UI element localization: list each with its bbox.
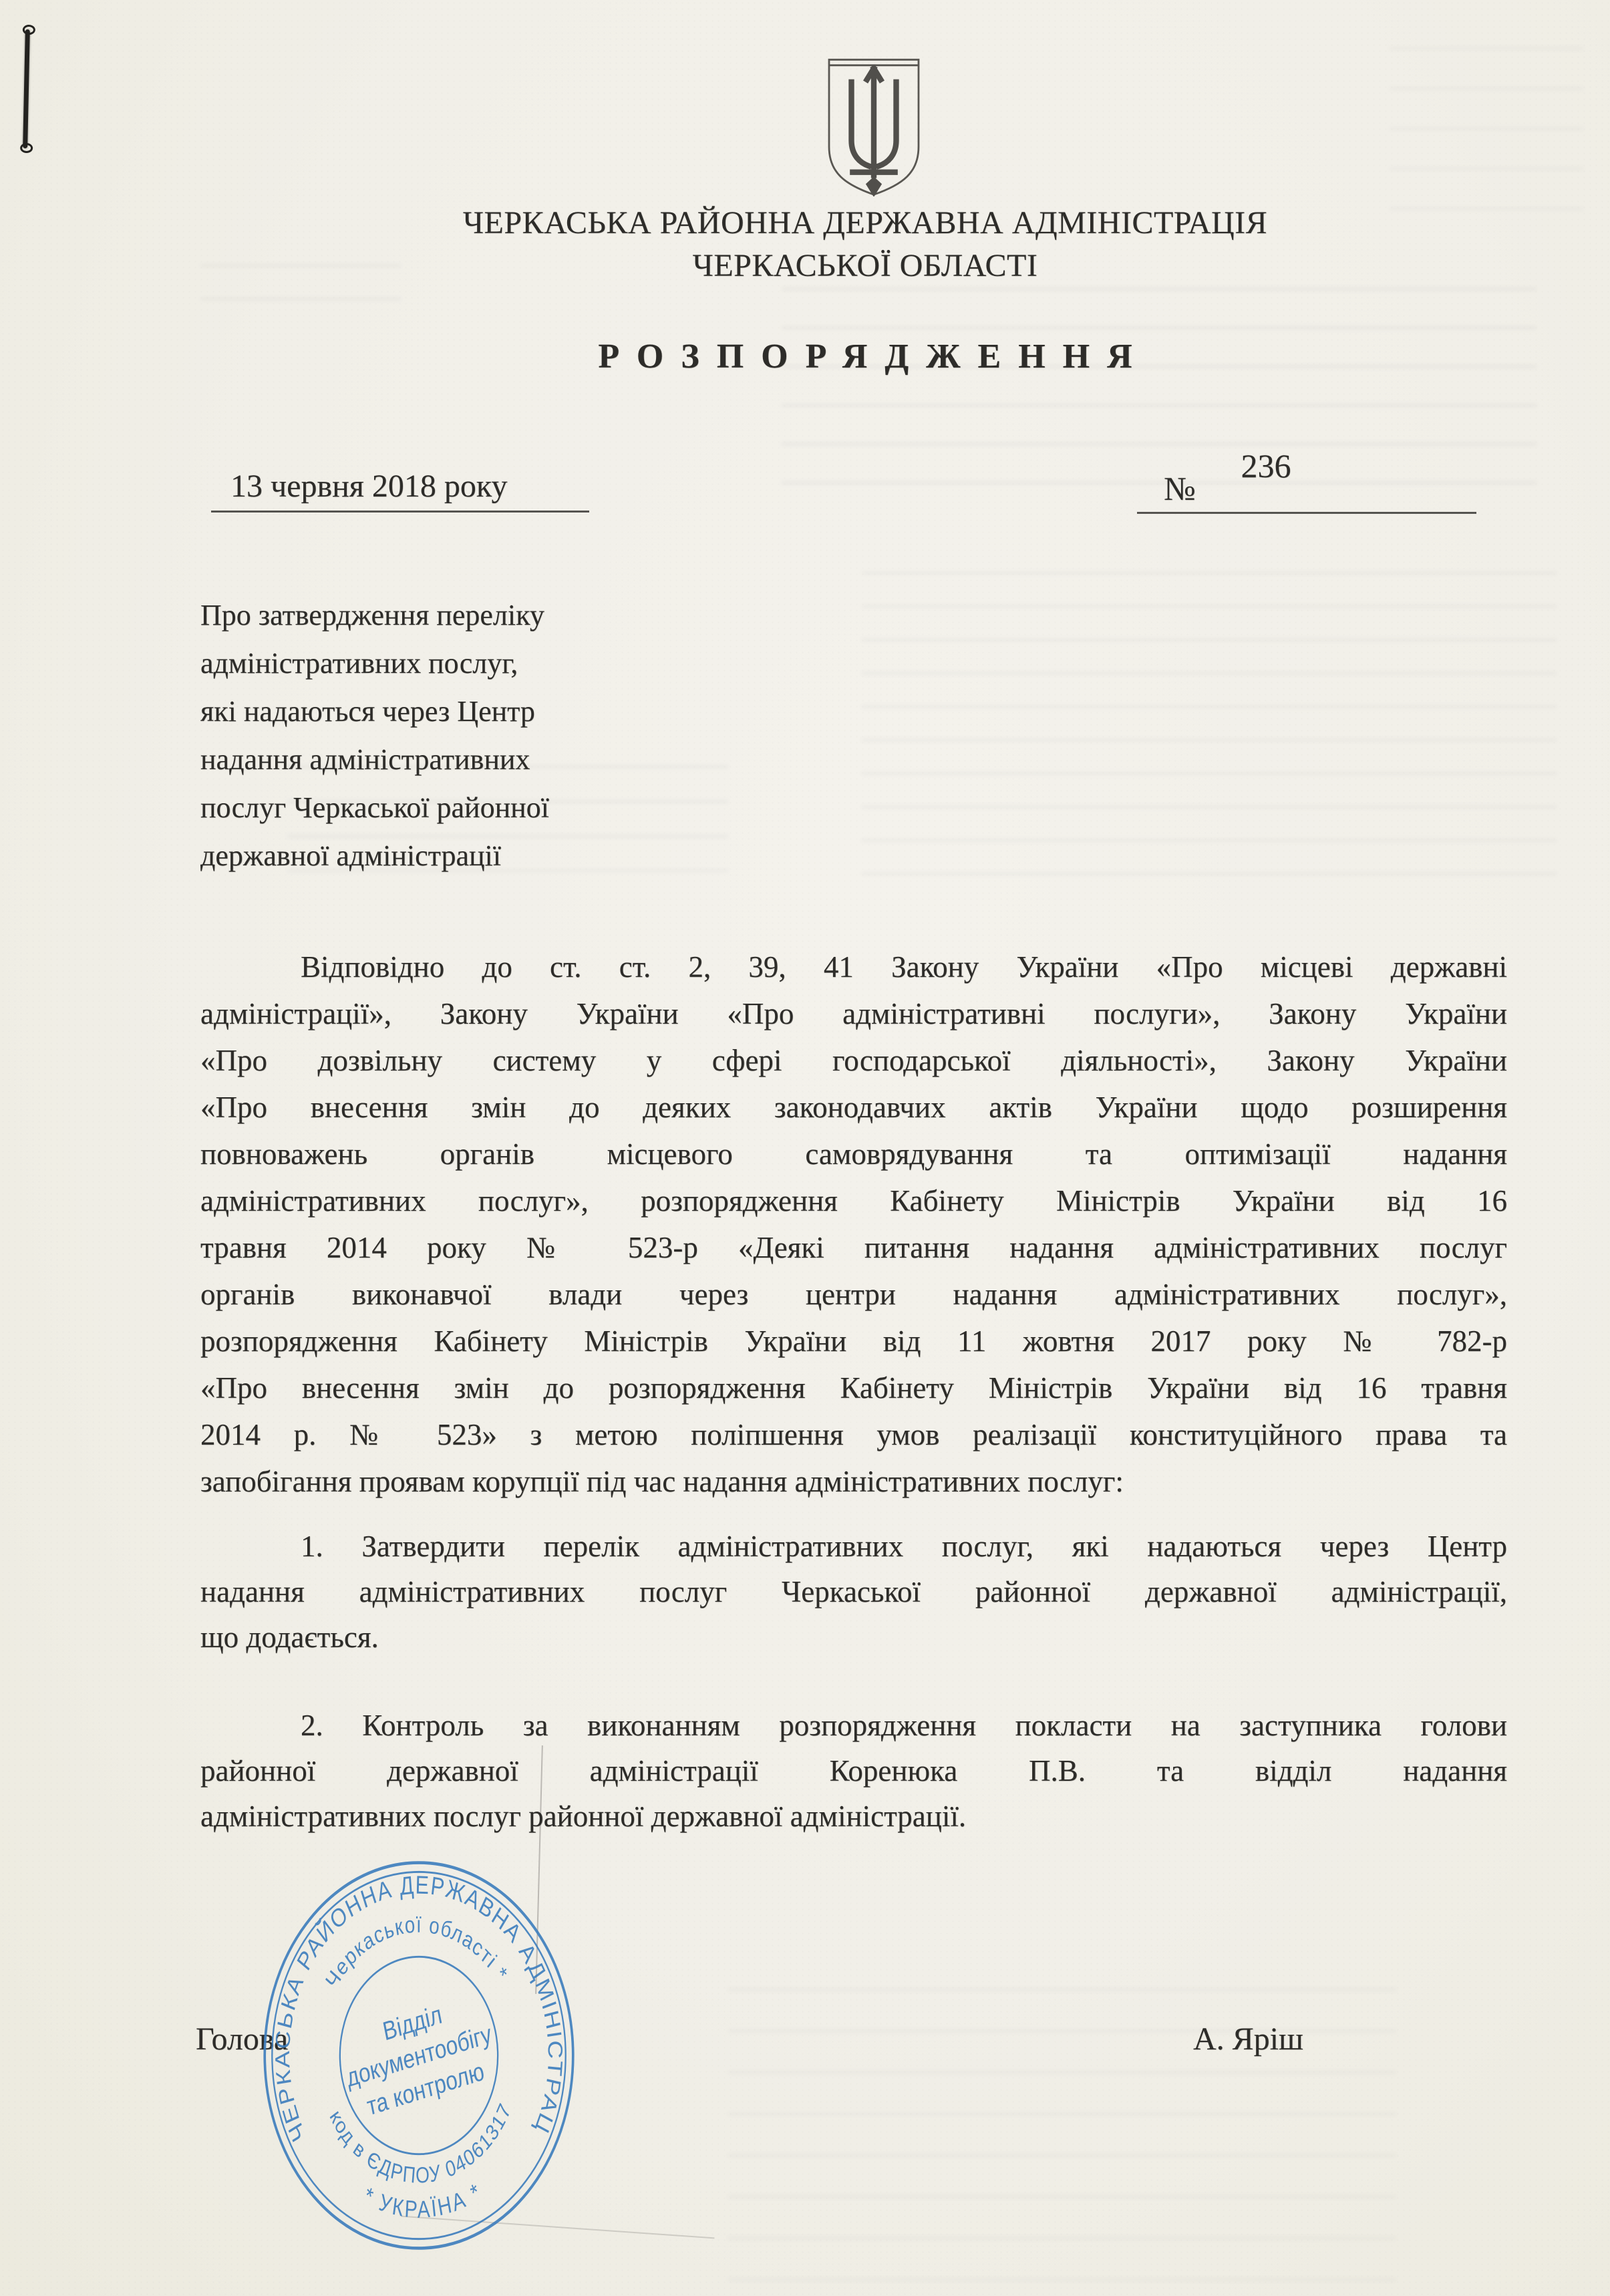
- bleedthrough-text: [782, 287, 1537, 508]
- preamble-paragraph: Відповідно до ст. ст. 2, 39, 41 Закону У…: [200, 944, 1507, 1505]
- org-name-line2: ЧЕРКАСЬКОЇ ОБЛАСТІ: [200, 247, 1530, 284]
- org-name-line1: ЧЕРКАСЬКА РАЙОННА ДЕРЖАВНА АДМІНІСТРАЦІЯ: [200, 204, 1530, 241]
- text-line: «Про внесення змін до розпорядження Кабі…: [200, 1365, 1507, 1411]
- text-line: органів виконавчої влади через центри на…: [200, 1271, 1507, 1318]
- text-line: «Про дозвільну систему у сфері господарс…: [200, 1037, 1507, 1084]
- subject-line: надання адміністративних: [200, 736, 708, 784]
- text-line: повноважень органів місцевого самоврядув…: [200, 1131, 1507, 1177]
- text-line: адміністративних послуг», розпорядження …: [200, 1177, 1507, 1224]
- official-round-stamp: ЧЕРКАСЬКА РАЙОННА ДЕРЖАВНА АДМІНІСТРАЦІЯ…: [253, 1848, 585, 2263]
- text-line: адміністративних послуг районної державн…: [200, 1793, 1507, 1839]
- text-line: адміністрації», Закону України «Про адмі…: [200, 990, 1507, 1037]
- number-underline: [1137, 512, 1476, 514]
- text-line: надання адміністративних послуг Черкаськ…: [200, 1569, 1507, 1614]
- order-item-2: 2. Контроль за виконанням розпорядження …: [200, 1703, 1507, 1839]
- text-line: 1. Затвердити перелік адміністративних п…: [200, 1524, 1507, 1569]
- subject-block: Про затвердження переліку адміністративн…: [200, 591, 708, 880]
- document-date: 13 червня 2018 року: [230, 468, 508, 505]
- order-item-1: 1. Затвердити перелік адміністративних п…: [200, 1524, 1507, 1660]
- ukraine-trident-emblem: [824, 53, 924, 196]
- number-label: №: [1164, 469, 1196, 508]
- text-line: 2014 р. № 523» з метою поліпшення умов р…: [200, 1411, 1507, 1458]
- text-line: що додається.: [200, 1614, 1507, 1660]
- number-value: 236: [1196, 446, 1336, 485]
- text-line: запобігання проявам корупції під час над…: [200, 1458, 1507, 1505]
- text-line: розпорядження Кабінету Міністрів України…: [200, 1318, 1507, 1365]
- scanned-document-page: ЧЕРКАСЬКА РАЙОННА ДЕРЖАВНА АДМІНІСТРАЦІЯ…: [0, 0, 1610, 2296]
- subject-line: адміністративних послуг,: [200, 639, 708, 688]
- text-line: «Про внесення змін до деяких законодавчи…: [200, 1084, 1507, 1131]
- document-type-title: РОЗПОРЯДЖЕННЯ: [200, 337, 1530, 376]
- text-line: районної державної адміністрації Коренюк…: [200, 1748, 1507, 1793]
- subject-line: послуг Черкаської районної: [200, 784, 708, 832]
- bleedthrough-text: [1390, 47, 1583, 214]
- signature-name: А. Яріш: [1193, 2021, 1303, 2057]
- text-line: 2. Контроль за виконанням розпорядження …: [200, 1703, 1507, 1748]
- subject-line: які надаються через Центр: [200, 688, 708, 736]
- date-underline: [211, 511, 589, 513]
- text-line: Відповідно до ст. ст. 2, 39, 41 Закону У…: [200, 944, 1507, 990]
- text-line: травня 2014 року № 523-р «Деякі питання …: [200, 1224, 1507, 1271]
- subject-line: Про затвердження переліку: [200, 591, 708, 639]
- staple-mark: [23, 29, 30, 148]
- subject-line: державної адміністрації: [200, 832, 708, 880]
- bleedthrough-text: [862, 571, 1557, 885]
